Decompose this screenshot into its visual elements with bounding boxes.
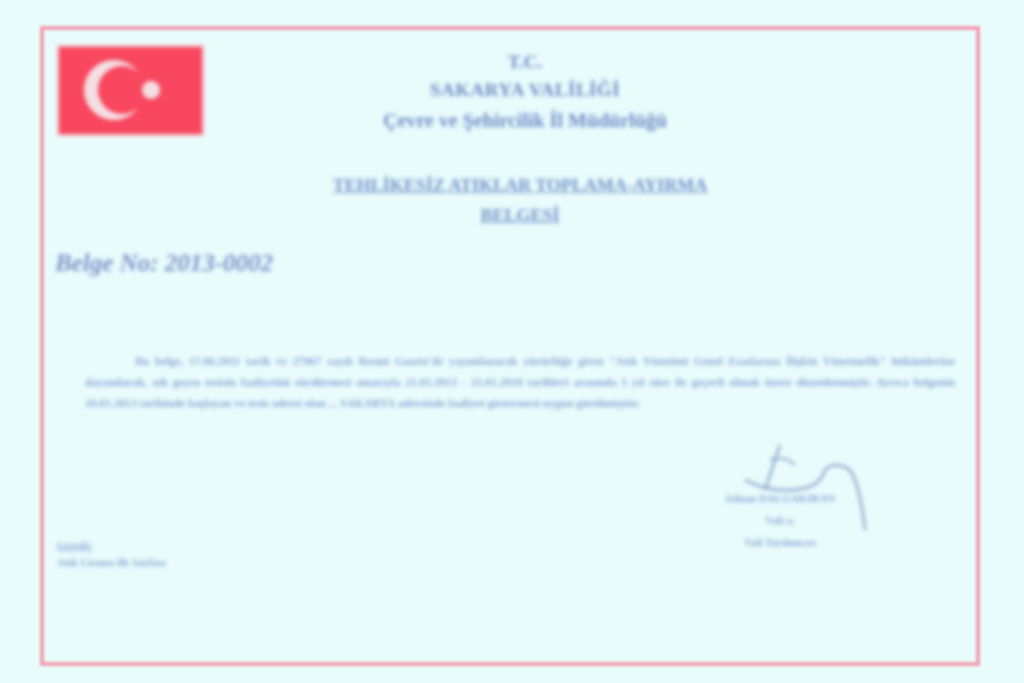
signatory-name: Adnan DALGAKIRAN bbox=[710, 488, 850, 510]
distribution-heading: Gereği: bbox=[57, 538, 166, 555]
country-label: T.C. bbox=[300, 50, 750, 76]
signatory-block: Adnan DALGAKIRAN Vali a. Vali Yardımcısı bbox=[710, 488, 850, 554]
governorship-label: SAKARYA VALİLİĞİ bbox=[300, 76, 750, 106]
certificate-title: TEHLİKESİZ ATIKLAR TOPLAMA-AYIRMA BELGES… bbox=[210, 170, 830, 230]
distribution-note: Gereği: Atık Lisansı ilk Sayfası bbox=[57, 538, 166, 572]
turkish-flag-icon bbox=[57, 45, 204, 136]
certificate-body-text: Bu belge, 17.06.2011 tarih ve 27967 sayı… bbox=[85, 352, 955, 415]
directorate-label: Çevre ve Şehircilik İl Müdürlüğü bbox=[300, 106, 750, 136]
signatory-title: Vali a. bbox=[710, 510, 850, 532]
certificate-title-line1: TEHLİKESİZ ATIKLAR TOPLAMA-AYIRMA bbox=[210, 170, 830, 200]
issuing-authority-header: T.C. SAKARYA VALİLİĞİ Çevre ve Şehircili… bbox=[300, 50, 750, 136]
certificate-title-line2: BELGESİ bbox=[210, 200, 830, 230]
document-number: Belge No: 2013-0002 bbox=[55, 250, 273, 278]
signatory-position: Vali Yardımcısı bbox=[710, 532, 850, 554]
distribution-recipient: Atık Lisansı ilk Sayfası bbox=[57, 555, 166, 572]
